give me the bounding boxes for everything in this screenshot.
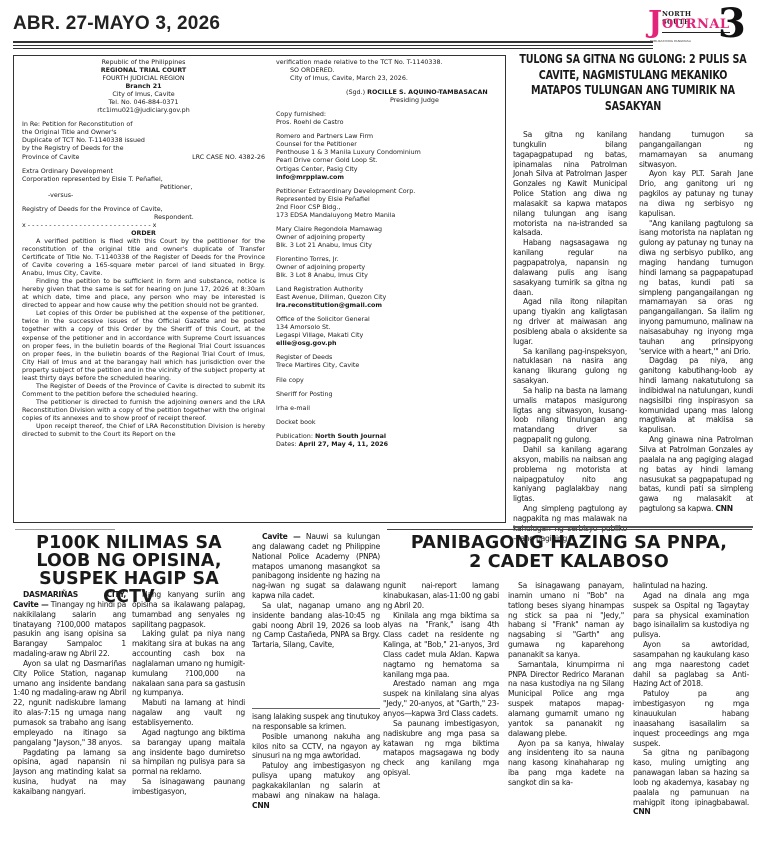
hazing-column-2: Sa isinagawang panayam, inamin umano ni … [508,581,624,788]
recipient-line: 134 Amorsolo St. [276,324,504,332]
so-ordered: SO ORDERED. [276,67,504,75]
masthead: ABR. 27-MAYO 3, 2026 J NORTH SOUTH OURNA… [0,0,764,50]
recipient-line: Ortigas Center, Pasig CIty [276,166,504,174]
feature-column-2: handang tumugon sa pangangailangan ng ma… [639,130,753,543]
paragraph-text: Patuloy ang imbestigasyon ng pulisya upa… [252,761,380,800]
paragraph: Sa paunang imbestigasyon, nadiskubre ang… [383,719,499,778]
recipient-email: ellie@osg.gov.ph [276,340,504,348]
paragraph: Nang kanyang suriin ang opisina sa ikala… [132,590,245,629]
petitioner-line: Corporation represented by Elsie T. Peña… [22,176,265,184]
recipient-line: 173 EDSA Mandaluyong Metro Manila [276,212,504,220]
issue-date: ABR. 27-MAYO 3, 2026 [13,13,220,35]
recipient-line: Owner of adjoining property [276,234,504,242]
byline: CNN [715,504,733,513]
recipient-line: Sheriff for Posting [276,391,504,399]
paragraph: Habang nagsasagawa ng kanilang regular n… [513,238,627,297]
paragraph: Laking gulat pa niya nang makitang sira … [132,629,245,698]
recipient-line: Florentino Torres, Jr. [276,256,504,264]
paragraph: Agad nagtungo ang biktima sa barangay up… [132,728,245,777]
republic-line: Republic of the Philippines [22,59,265,67]
paragraph: Arestado naman ang mga suspek na kinilal… [383,679,499,718]
paragraph: halintulad na hazing. [633,581,749,591]
legal-notice-column-2: verification made relative to the TCT No… [276,59,504,449]
recipient-line: lrha e-mail [276,405,504,413]
recipient-line: Blk. 3 Lot 21 Anabu, Imus City [276,242,504,250]
hazing-headline: PANIBAGONG HAZING SA PNPA, 2 CADET KALAB… [382,534,756,571]
respondent-line: Registry of Deeds for the Province of Ca… [22,206,265,214]
cctv-column-2: Nang kanyang suriin ang opisina sa ikala… [132,590,245,797]
sgd: (Sgd.) [346,89,365,96]
paragraph: Sa kanilang pag-inspeksyon, natuklasan n… [513,347,627,386]
copy-furnished-label: Copy furnished: [276,111,504,119]
paragraph: Ayon sa ulat ng Dasmariñas City Police S… [13,659,126,748]
recipient: Petitioner Extraordinary Development Cor… [276,188,504,220]
headline-line: PANIBAGONG HAZING SA PNPA, [382,534,756,553]
order-paragraph: Let copies of this Order be published at… [22,310,265,382]
order-continuation: verification made relative to the TCT No… [276,59,504,67]
paragraph: Ayon sa awtoridad, sasampahan ng kaukula… [633,640,749,689]
logo-tagline: PUBLIKASYONG PANGMASA [650,39,691,43]
paragraph: Cavite — Nauwi sa kulungan ang dalawang … [252,532,380,601]
hazing-lead-column: Cavite — Nauwi sa kulungan ang dalawang … [252,532,380,650]
paragraph: Pagdating pa lamang sa opisina, agad nap… [13,748,126,797]
recipient-line: Romero and Partners Law Firm [276,133,504,141]
divider [387,529,752,530]
divider [15,529,115,530]
recipient: Mary Claire Regondola Mamawag Owner of a… [276,226,504,250]
paragraph: Patuloy pa ang imbestigasyon ng mga kina… [633,689,749,748]
publication-line: Publication: North South Journal [276,433,504,441]
paragraph-text: Nauwi sa kulungan ang dalawang cadet ng … [252,532,380,600]
paragraph: Dahil sa kanilang agarang aksyon, mabili… [513,445,627,504]
recipient-email: lra.reconstitution@gmail.com [276,302,504,310]
case-number: LRC CASE NO. 4382-26 [192,154,265,162]
separator: x - - - - - - - - - - - - - - - - - - - … [22,222,265,230]
paragraph: Kinilala ang mga biktima sa alyas na "Fr… [383,611,499,680]
paragraph: isang lalaking suspek ang tinutukoy na r… [252,712,380,732]
recipient-line: Petitioner Extraordinary Development Cor… [276,188,504,196]
recipient-line: East Avenue, Diliman, Quezon City [276,294,504,302]
signature-line: (Sgd.) ROCILLE S. AQUINO-TAMBASACAN [276,89,504,97]
paragraph: Patuloy ang imbestigasyon ng pulisya upa… [252,761,380,810]
paragraph: Agad nila itong nilapitan upang tiyakin … [513,297,627,346]
recipient-line: Penthouse 1 & 3 Manila Luxury Condominiu… [276,149,504,157]
recipient: Land Registration Authority East Avenue,… [276,286,504,310]
judge-name: ROCILLE S. AQUINO-TAMBASACAN [367,89,488,96]
paragraph: ngunit nai-report lamang kinabukasan, al… [383,581,499,611]
paragraph-text: Ang ginawa nina Patrolman Silva at Patro… [639,435,753,513]
place-date: City of Imus, Cavite, March 23, 2026. [276,75,504,83]
paragraph: Agad na dinala ang mga suspek sa Ospital… [633,591,749,640]
divider [513,526,753,528]
masthead-rule [13,41,653,43]
cctv-column-3: isang lalaking suspek ang tinutukoy na r… [252,712,380,810]
order-paragraph: The petitioner is directed to furnish th… [22,399,265,423]
paragraph: Dagdag pa niya, ang ganitong kabutihang-… [639,356,753,435]
headline-line: 2 CADET KALABOSO [382,553,756,572]
cctv-column-1: DASMARIÑAS CITY, Cavite — Tinangay ng hi… [13,590,126,797]
recipient: Office of the Solicitor General 134 Amor… [276,316,504,348]
in-re-line: Duplicate of TCT No. T-1140338 issued [22,137,265,145]
in-re-line: In Re: Petition for Reconstitution of [22,121,265,129]
paragraph: Samantala, kinumpirma ni PNPA Director R… [508,660,624,739]
judge-title: Presiding Judge [276,97,504,105]
court-city: City of Imus, Cavite [22,91,265,99]
order-heading: ORDER [22,230,265,238]
recipient: Romero and Partners Law Firm Counsel for… [276,133,504,181]
paragraph: Ayon kay PLT. Sarah Jane Drio, ang ganit… [639,169,753,218]
recipient: Florentino Torres, Jr. Owner of adjoinin… [276,256,504,280]
logo-j-letter: J [648,8,662,38]
order-paragraph: A verified petition is filed with this C… [22,238,265,278]
paragraph: Sa ulat, naganap umano ang insidente ban… [252,601,380,650]
versus: -versus- [22,192,265,200]
dateline: Cavite — [262,532,301,541]
legal-notice: Republic of the Philippines REGIONAL TRI… [13,55,506,523]
case-caption: In Re: Petition for Reconstitution of th… [22,121,265,230]
recipient-line: Blk. 3 Lot 8 Anabu, Imus City [276,272,504,280]
paragraph: Sa isinagawang paunang imbestigasyon, [132,777,245,797]
order-paragraph: Finding the petition to be sufficient in… [22,278,265,310]
paragraph: Sa halip na basta na lamang umalis matap… [513,386,627,445]
paragraph-text: Sa gitna ng panibagong kaso, muling umig… [633,748,749,806]
masthead-rule [13,48,653,49]
hazing-column-3: halintulad na hazing. Agad na dinala ang… [633,581,749,817]
order-body: A verified petition is filed with this C… [22,238,265,439]
recipient-line: Mary Claire Regondola Mamawag [276,226,504,234]
dates-value: April 27, May 4, 11, 2026 [299,441,388,448]
feature-column-1: Sa gitna ng kanilang tungkulin bilang ta… [513,130,627,543]
dates-label: Dates: [276,441,297,448]
branch: Branch 21 [22,83,265,91]
recipient-line: Docket book [276,419,504,427]
court-header: Republic of the Philippines REGIONAL TRI… [22,59,265,115]
hazing-column-1: ngunit nai-report lamang kinabukasan, al… [383,581,499,778]
feature-story: TULONG SA GITNA NG GULONG: 2 PULIS SA CA… [513,52,753,114]
paragraph: Posible umanong nakuha ang kilos nito sa… [252,732,380,762]
recipient: Register of Deeds Trece Martires City, C… [276,354,504,370]
petitioner-line: Extra Ordinary Development [22,168,265,176]
paragraph: "Ang kanilang pagtulong sa isang motoris… [639,219,753,357]
order-paragraph: The Register of Deeds of the Province of… [22,383,265,399]
recipient-line: Office of the Solicitor General [276,316,504,324]
recipient-line: Trece Martires City, Cavite [276,362,504,370]
court-email: rtc1imu021@judiciary.gov.ph [22,107,265,115]
paragraph: handang tumugon sa pangangailangan ng ma… [639,130,753,169]
journal-logo: J NORTH SOUTH OURNAL PUBLIKASYONG PANGMA… [648,4,718,46]
recipient-line: File copy [276,377,504,385]
recipient-line: 2nd Floor CSP Bldg., [276,204,504,212]
judicial-region: FOURTH JUDICIAL REGION [22,75,265,83]
feature-columns: Sa gitna ng kanilang tungkulin bilang ta… [513,130,753,543]
recipient-line: Pros. Roehl de Castro [276,119,504,127]
paragraph: Sa gitna ng kanilang tungkulin bilang ta… [513,130,627,238]
province-case-row: Province of Cavite LRC CASE NO. 4382-26 [22,154,265,162]
recipient-line: Land Registration Authority [276,286,504,294]
paragraph: Ayon pa sa kanya, hiwalay ang insidenten… [508,739,624,788]
publication-value: North South Journal [315,433,386,440]
page-number: 3 [718,2,746,46]
recipient-email: info@mrpplaw.com [276,174,504,182]
feature-headline: TULONG SA GITNA NG GULONG: 2 PULIS SA CA… [513,52,753,114]
court-name: REGIONAL TRIAL COURT [22,67,265,75]
order-paragraph: Upon receipt thereof, the Chief of LRA R… [22,423,265,439]
publication-label: Publication: [276,433,313,440]
divider [252,708,380,709]
byline: CNN [252,801,270,810]
in-re-line: the Original Title and Owner's [22,129,265,137]
petitioner-label: Petitioner, [22,184,265,192]
paragraph: DASMARIÑAS CITY, Cavite — Tinangay ng hi… [13,590,126,659]
paragraph: Mabuti na lamang at hindi nagalaw ang va… [132,698,245,728]
paragraph: Sa isinagawang panayam, inamin umano ni … [508,581,624,660]
recipient-line: Owner of adjoining property [276,264,504,272]
in-re-line: by the Registry of Deeds for the [22,145,265,153]
byline: CNN [633,807,651,816]
paragraph: Sa gitna ng panibagong kaso, muling umig… [633,748,749,817]
recipient-line: Pearl Drive corner Gold Loop St. [276,157,504,165]
province: Province of Cavite [22,154,79,162]
dates-line: Dates: April 27, May 4, 11, 2026 [276,441,504,449]
legal-notice-column-1: Republic of the Philippines REGIONAL TRI… [22,59,265,439]
masthead-rule [13,45,653,46]
respondent-label: Respondent. [22,214,265,222]
recipient-line: Represented by Elsie Peñafiel [276,196,504,204]
recipient-line: Counsel for the Petitioner [276,141,504,149]
paragraph: Ang ginawa nina Patrolman Silva at Patro… [639,435,753,514]
recipient-line: Register of Deeds [276,354,504,362]
